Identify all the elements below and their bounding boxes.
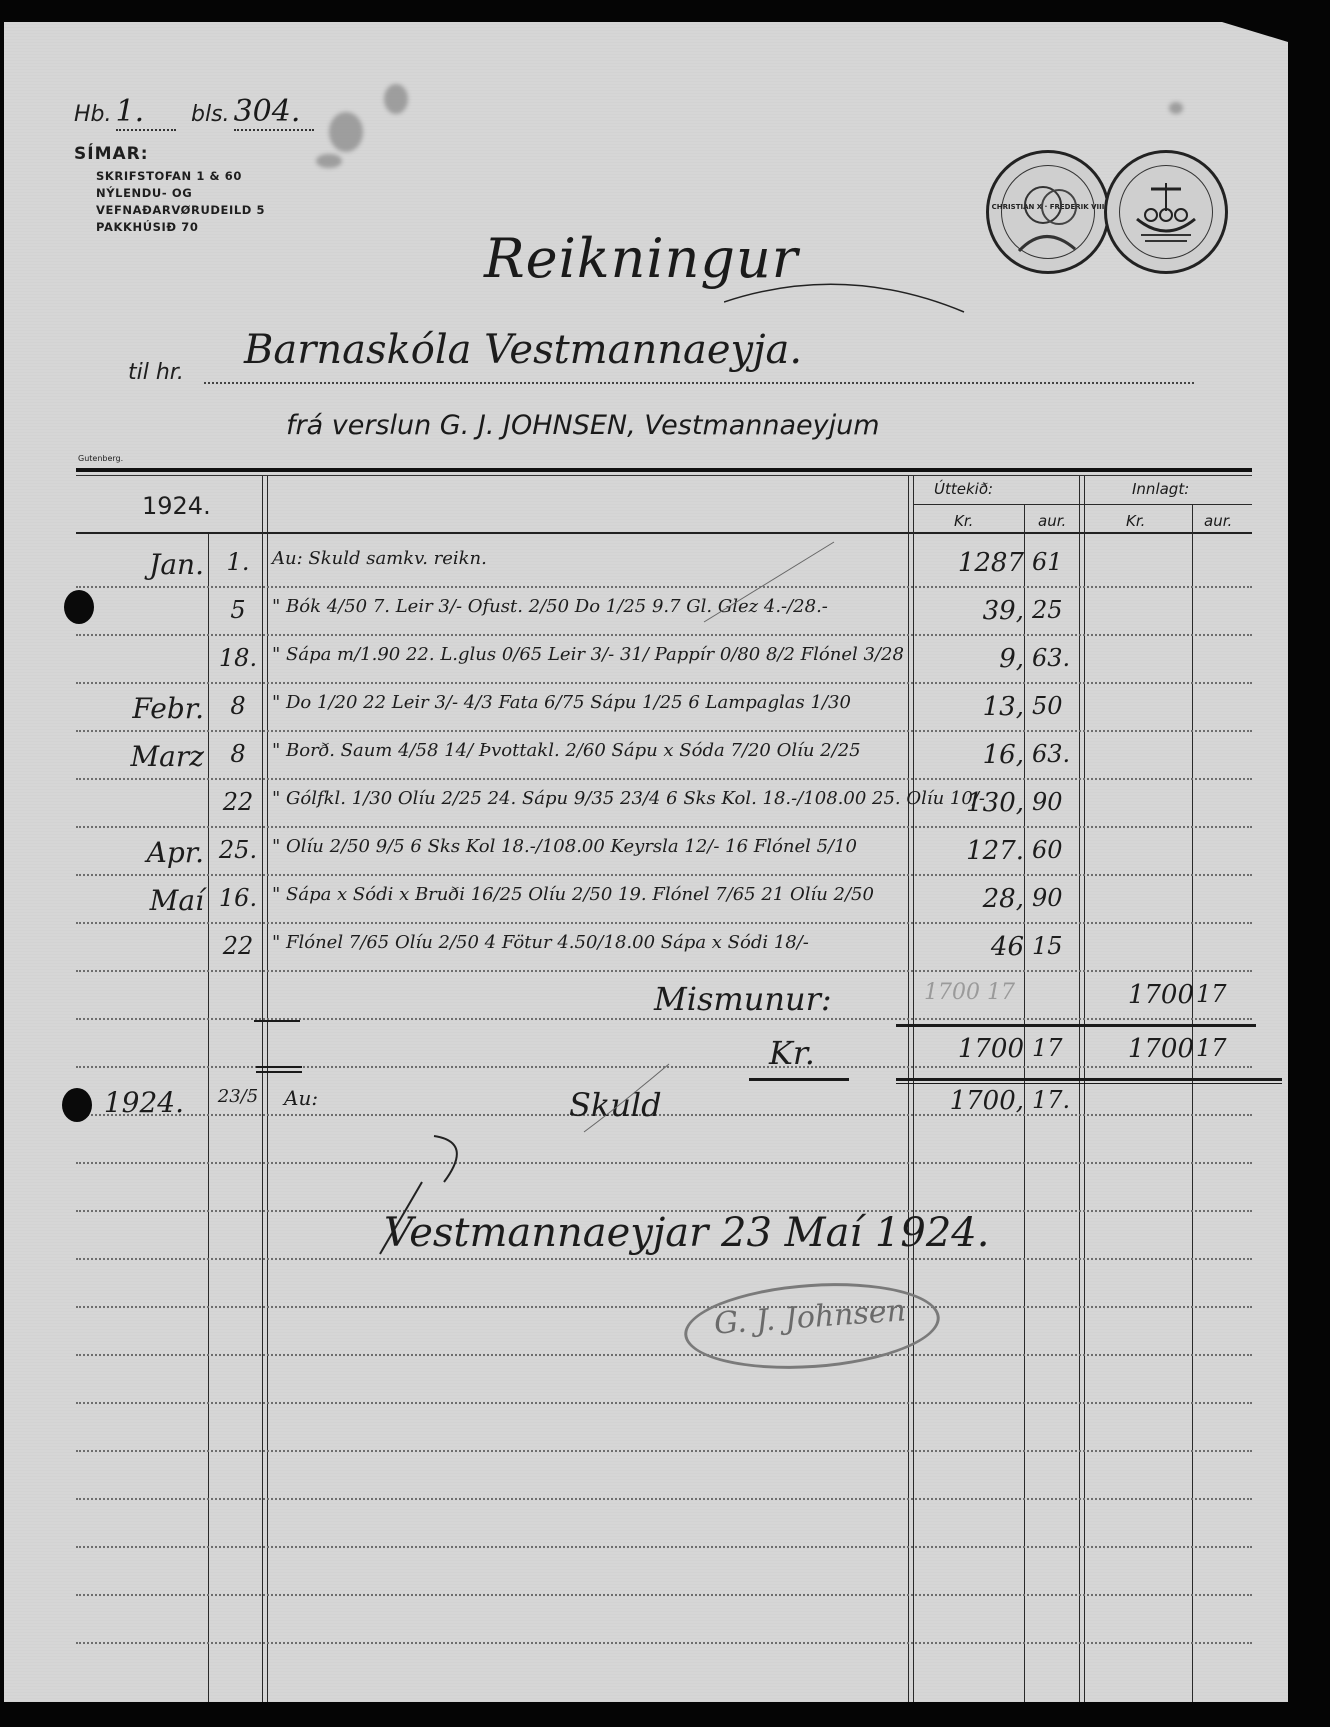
row-out-aur: 25 <box>1032 596 1092 624</box>
row-day: 5 <box>212 596 264 624</box>
row-out-aur: 90 <box>1032 788 1092 816</box>
total-label: Kr. <box>769 1034 815 1072</box>
row-month: Apr. <box>84 836 204 869</box>
column-out-header: Úttekið: <box>934 480 993 498</box>
ledger-row: 22 " Flónel 7/65 Olíu 2/50 4 Fötur 4.50/… <box>4 932 1288 970</box>
row-out-kr: 127. <box>914 836 1024 866</box>
hb-value: 1. <box>116 94 145 129</box>
row-description: " Bók 4/50 7. Leir 3/- Ofust. 2/50 Do 1/… <box>272 596 912 617</box>
row-description: " Sápa m/1.90 22. L.glus 0/65 Leir 3/- 3… <box>272 644 912 665</box>
header-rule <box>76 468 1252 472</box>
balance-in-aur: 17 <box>1196 980 1256 1008</box>
row-out-aur: 50 <box>1032 692 1092 720</box>
ledger-row: Marz 8 " Borð. Saum 4/58 14/ Þvottakl. 2… <box>4 740 1288 778</box>
phones-list: SKRIFSTOFAN 1 & 60 NÝLENDU- OG VEFNAÐARV… <box>96 168 265 236</box>
total-in-aur: 17 <box>1196 1034 1256 1062</box>
row-description: " Sápa x Sódi x Bruði 16/25 Olíu 2/50 19… <box>272 884 912 905</box>
invoice-page: Hb.1. bls.304. SÍMAR: SKRIFSTOFAN 1 & 60… <box>4 22 1288 1702</box>
ledger-row: Febr. 8 " Do 1/20 22 Leir 3/- 4/3 Fata 6… <box>4 692 1288 730</box>
total-out-kr: 1700 <box>914 1034 1024 1064</box>
ledger-row: Maí 16. " Sápa x Sódi x Bruði 16/25 Olíu… <box>4 884 1288 922</box>
row-day: 8 <box>212 692 264 720</box>
ledger-year: 1924. <box>142 492 211 520</box>
row-day: 22 <box>212 932 264 960</box>
place-and-date: Vestmannaeyjar 23 Maí 1924. <box>384 1210 989 1256</box>
ledger-row: Apr. 25. " Olíu 2/50 9/5 6 Sks Kol 18.-/… <box>4 836 1288 874</box>
row-description: " Olíu 2/50 9/5 6 Sks Kol 18.-/108.00 Ke… <box>272 836 912 857</box>
medal-kings-icon: CHRISTIAN X · FREDERIK VIII <box>986 150 1110 274</box>
ledger-row: 5 " Bók 4/50 7. Leir 3/- Ofust. 2/50 Do … <box>4 596 1288 634</box>
hb-label: Hb. <box>74 102 112 127</box>
column-in-aur: aur. <box>1204 512 1232 530</box>
row-day: 18. <box>212 644 264 672</box>
carry-aur: 17. <box>1032 1086 1092 1114</box>
total-row: Kr. 1700 17 1700 17 <box>4 1034 1288 1072</box>
column-out-aur: aur. <box>1038 512 1066 530</box>
row-out-kr: 16, <box>914 740 1024 770</box>
row-description: Au: Skuld samkv. reikn. <box>272 548 912 569</box>
ledger-row: 18. " Sápa m/1.90 22. L.glus 0/65 Leir 3… <box>4 644 1288 682</box>
row-description: " Borð. Saum 4/58 14/ Þvottakl. 2/60 Sáp… <box>272 740 912 761</box>
balance-underline <box>896 1024 1256 1027</box>
total-underline-2 <box>896 1083 1282 1084</box>
row-day: 1. <box>212 548 264 576</box>
row-out-kr: 46 <box>914 932 1024 962</box>
row-month: Maí <box>84 884 204 917</box>
balance-out-faint: 1700 17 <box>924 980 1015 1005</box>
row-out-kr: 9, <box>914 644 1024 674</box>
column-in-header: Innlagt: <box>1132 480 1189 498</box>
carry-description: Skuld <box>569 1086 662 1124</box>
column-out-kr: Kr. <box>954 512 973 530</box>
phone-office: SKRIFSTOFAN 1 & 60 <box>96 168 265 185</box>
row-description: " Do 1/20 22 Leir 3/- 4/3 Fata 6/75 Sápu… <box>272 692 912 713</box>
phones-title: SÍMAR: <box>74 144 149 164</box>
row-out-kr: 1287 <box>914 548 1024 578</box>
balance-in-kr: 1700 <box>1084 980 1194 1010</box>
total-out-aur: 17 <box>1032 1034 1092 1062</box>
punch-hole-icon <box>64 590 94 624</box>
row-out-kr: 130, <box>914 788 1024 818</box>
row-out-aur: 61 <box>1032 548 1092 576</box>
row-day: 16. <box>212 884 264 912</box>
bls-value: 304. <box>234 94 301 129</box>
carry-forward-row: 1924. 23/5 Au: Skuld 1700, 17. <box>4 1086 1288 1124</box>
bls-label: bls. <box>191 102 230 127</box>
ledger-row: 22 " Gólfkl. 1/30 Olíu 2/25 24. Sápu 9/3… <box>4 788 1288 826</box>
balance-label: Mismunur: <box>654 980 832 1018</box>
total-in-kr: 1700 <box>1084 1034 1194 1064</box>
row-out-aur: 90 <box>1032 884 1092 912</box>
row-day: 25. <box>212 836 264 864</box>
carry-au: Au: <box>284 1086 318 1110</box>
merchant-line: frá verslun G. J. JOHNSEN, Vestmannaeyju… <box>286 410 880 441</box>
row-out-aur: 60 <box>1032 836 1092 864</box>
row-out-kr: 28, <box>914 884 1024 914</box>
day-double-2 <box>256 1071 302 1073</box>
row-description: " Flónel 7/65 Olíu 2/50 4 Fötur 4.50/18.… <box>272 932 912 953</box>
header-bottom-rule <box>76 532 1252 534</box>
row-description: " Gólfkl. 1/30 Olíu 2/25 24. Sápu 9/35 2… <box>272 788 912 809</box>
balance-row: Mismunur: 1700 17 1700 17 <box>4 980 1288 1018</box>
total-underline <box>896 1078 1282 1081</box>
row-month: Jan. <box>84 548 204 581</box>
ship-icon <box>1107 153 1225 271</box>
row-day: 22 <box>212 788 264 816</box>
ledger-reference: Hb.1. bls.304. <box>74 94 318 131</box>
row-out-kr: 39, <box>914 596 1024 626</box>
row-out-kr: 13, <box>914 692 1024 722</box>
ledger-row: Jan. 1. Au: Skuld samkv. reikn. 1287 61 <box>4 548 1288 586</box>
day-underline <box>254 1020 300 1022</box>
carry-date: 23/5 <box>212 1086 264 1107</box>
phone-warehouse: PAKKHÚSIÐ 70 <box>96 219 265 236</box>
medal-exhibition-icon <box>1104 150 1228 274</box>
phone-colonial: NÝLENDU- OG <box>96 185 265 202</box>
carry-kr: 1700, <box>914 1086 1024 1116</box>
recipient-name: Barnaskóla Vestmannaeyja. <box>244 327 802 373</box>
row-month: Marz <box>84 740 204 773</box>
punch-hole-icon <box>62 1088 92 1122</box>
to-label: til hr. <box>128 360 184 385</box>
row-out-aur: 63. <box>1032 644 1092 672</box>
printer-mark: Gutenberg. <box>78 454 123 463</box>
recipient-line <box>204 382 1194 384</box>
row-out-aur: 15 <box>1032 932 1092 960</box>
phone-textile: VEFNAÐARVØRUDEILD 5 <box>96 202 265 219</box>
row-day: 8 <box>212 740 264 768</box>
column-in-kr: Kr. <box>1126 512 1145 530</box>
row-out-aur: 63. <box>1032 740 1092 768</box>
row-month: Febr. <box>84 692 204 725</box>
total-label-underline <box>749 1078 849 1081</box>
header-rule-thin <box>76 475 1252 476</box>
day-double-1 <box>256 1066 302 1068</box>
portrait-icon <box>989 153 1107 271</box>
